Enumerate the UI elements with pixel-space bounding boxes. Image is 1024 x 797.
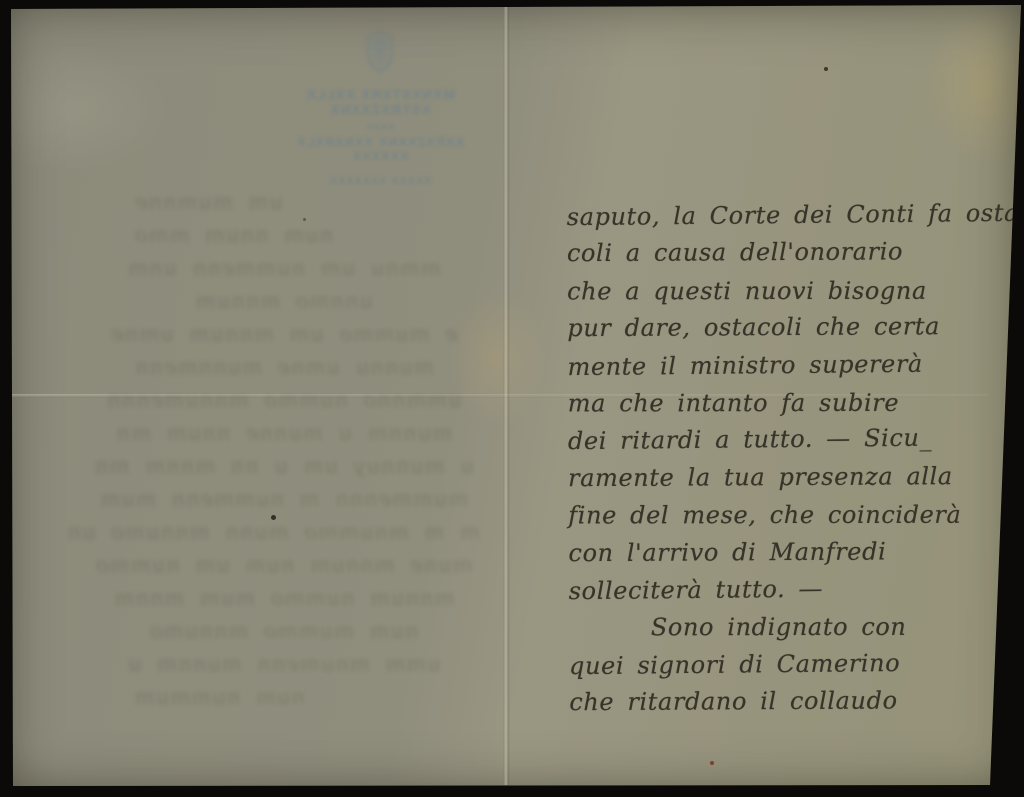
bleed-line: num mummo mnnumo [88,615,480,648]
left-page-bleedthrough: um mumnne num nnum mmo mmnu um nummenn u… [88,186,480,714]
handwriting-line: dei ritardi a tutto. — Sicu_ [568,419,1014,461]
handwriting-line: ramente la tua presenza alla [568,458,1014,498]
letter-paper: MXNXSTXRX XXLLX XSTRXZXXNX XXXX XXRXZXXN… [0,0,1024,797]
bleed-line: mummennn m nummenn mum [88,483,480,516]
handwriting-line: saputo, la Corte dei Conti fa osta_ [567,195,1013,237]
handwriting-line: con l'arrivo di Manfredi [568,532,1014,572]
bleed-line: mune mnnum num um nummo [88,549,480,582]
ink-speck [271,515,276,520]
handwriting-line: quei signori di Camerino [569,644,1015,686]
bleed-line: mmnu um nummenn unm [88,252,480,285]
handwriting-line: ma che intanto fa subire [568,385,1014,423]
crest-emblem-icon [362,30,398,74]
handwriting-line: Sono indignato con [569,609,1015,647]
bleed-line: unnmo mnnum [88,285,480,318]
ink-speck [710,761,714,765]
letterhead-line: XXXX [282,123,478,132]
handwriting-line: pur dare, ostacoli che certa [567,308,1013,348]
letterhead-line: MXNXSTXRX XXLLX XSTRXZXXNX [282,87,478,117]
bleed-line: u munnuy um u nn mnnm mn [88,450,480,483]
bleed-line: munnm u munne nnum mn [88,417,480,450]
ink-speck [303,218,306,221]
bleed-line: e mummo um mnnum umne [88,318,480,351]
handwriting-line: coli a causa dell'onorario [567,233,1013,273]
bleed-line: um mumnne [88,186,480,219]
ink-speck [824,67,828,71]
bleed-line: num nummum [88,681,480,714]
handwriting-line: che ritardano il collaudo [569,682,1015,722]
bleed-line: mnnum nummo mum mnnm [88,582,480,615]
letterhead-line: XXRXZXXNX XXNXRXLX XXXXXX [282,135,478,163]
handwriting-line: solleciterà tutto. — [569,569,1015,611]
bleed-line: umm mnumenn munnm u [88,648,480,681]
letterhead-showthrough: MXNXSTXRX XXLLX XSTRXZXXNX XXXX XXRXZXXN… [282,30,478,187]
bleed-line: munnu umne munnmenn [88,351,480,384]
handwriting-line: mente il ministro supererà [567,344,1013,386]
right-page-handwriting: saputo, la Corte dei Conti fa osta_ coli… [567,196,1016,722]
bleed-line: ummnno nummo mnnumennn [88,384,480,417]
bleed-line: m m mnummo munn mnnumo un [88,516,480,549]
handwriting-line: che a questi nuovi bisogna [567,272,1013,310]
bleed-line: num nnum mmo [88,219,480,252]
handwriting-line: fine del mese, che coinciderà [568,497,1014,535]
